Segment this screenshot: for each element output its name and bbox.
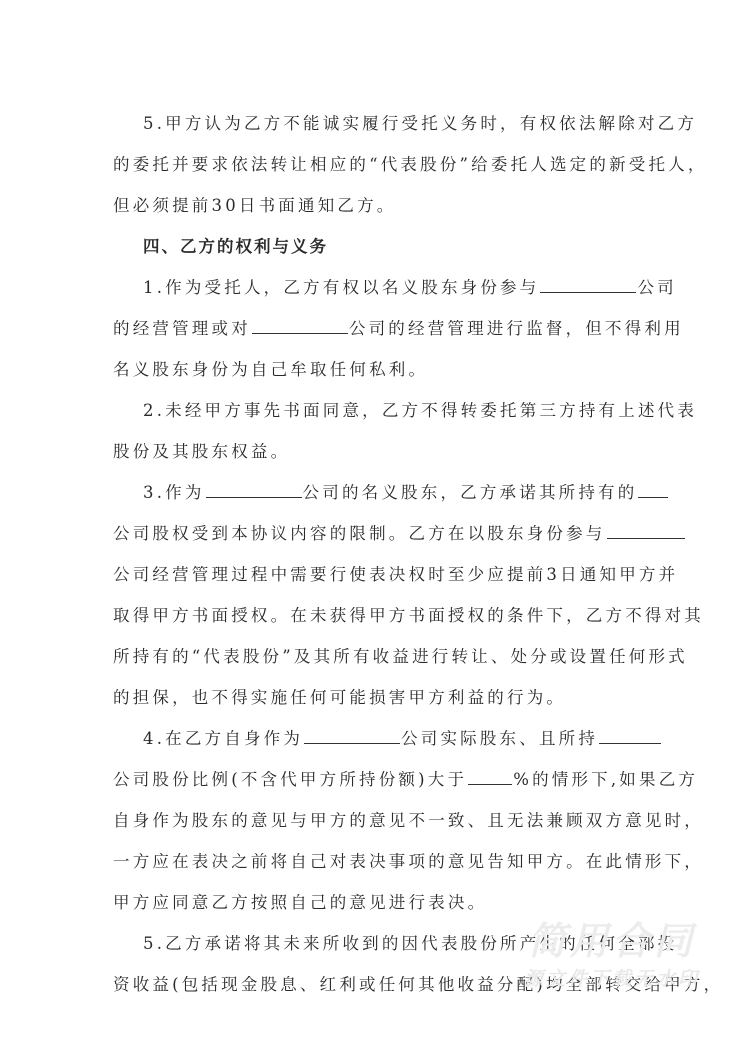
- text-segment: 公司股份比例(不含代甲方所持份额)大于: [113, 770, 467, 789]
- text-segment: 1.作为受托人，乙方有权以名义股东身份参与: [143, 278, 539, 297]
- company-name-blank[interactable]: [607, 524, 685, 539]
- document-page: 5.甲方认为乙方不能诚实履行受托义务时，有权依法解除对乙方 的委托并要求依法转让…: [113, 103, 633, 1005]
- company-name-blank[interactable]: [638, 483, 668, 498]
- text-line: 公司股份比例(不含代甲方所持份额)大于%的情形下,如果乙方: [113, 759, 633, 800]
- text-line: 4.在乙方自身作为公司实际股东、且所持: [113, 718, 633, 759]
- watermark-brand: 简用合同: [512, 918, 712, 964]
- text-segment: 公司实际股东、且所持: [401, 729, 598, 748]
- text-line: 股份及其股东权益。: [113, 431, 633, 472]
- text-line: 3.作为公司的名义股东，乙方承诺其所持有的: [113, 472, 633, 513]
- text-line: 公司股权受到本协议内容的限制。乙方在以股东身份参与: [113, 513, 633, 554]
- text-segment: 公司的名义股东，乙方承诺其所持有的: [303, 483, 638, 502]
- text-line: 1.作为受托人，乙方有权以名义股东身份参与公司: [113, 267, 633, 308]
- clause-party-b-1: 1.作为受托人，乙方有权以名义股东身份参与公司 的经营管理或对公司的经营管理进行…: [113, 267, 633, 390]
- text-line: 自身作为股东的意见与甲方的意见不一致、且无法兼顾双方意见时，: [113, 800, 633, 841]
- text-line: 名义股东身份为自己牟取任何私利。: [113, 349, 633, 390]
- clause-party-b-2: 2.未经甲方事先书面同意，乙方不得转委托第三方持有上述代表 股份及其股东权益。: [113, 390, 633, 472]
- text-segment: 公司的经营管理进行监督，但不得利用: [349, 319, 684, 338]
- text-line: 一方应在表决之前将自己对表决事项的意见告知甲方。在此情形下，: [113, 841, 633, 882]
- text-segment: 4.在乙方自身作为: [143, 729, 303, 748]
- text-line: 2.未经甲方事先书面同意，乙方不得转委托第三方持有上述代表: [113, 390, 633, 431]
- text-line: 但必须提前30日书面通知乙方。: [113, 185, 633, 226]
- text-line: 公司经营管理过程中需要行使表决权时至少应提前3日通知甲方并: [113, 554, 633, 595]
- clause-party-b-4: 4.在乙方自身作为公司实际股东、且所持 公司股份比例(不含代甲方所持份额)大于%…: [113, 718, 633, 923]
- company-name-blank[interactable]: [599, 729, 661, 744]
- text-line: 取得甲方书面授权。在未获得甲方书面授权的条件下，乙方不得对其: [113, 595, 633, 636]
- text-line: 甲方应同意乙方按照自己的意见进行表决。: [113, 882, 633, 923]
- company-name-blank[interactable]: [540, 278, 636, 293]
- text-segment: 公司股权受到本协议内容的限制。乙方在以股东身份参与: [113, 524, 606, 543]
- section-heading: 四、乙方的权利与义务: [113, 226, 633, 267]
- text-line: 5.甲方认为乙方不能诚实履行受托义务时，有权依法解除对乙方: [113, 103, 633, 144]
- company-name-blank[interactable]: [252, 319, 348, 334]
- watermark: 简用合同 源文件下载无水印: [512, 918, 712, 994]
- clause-party-a-5: 5.甲方认为乙方不能诚实履行受托义务时，有权依法解除对乙方 的委托并要求依法转让…: [113, 103, 633, 226]
- text-line: 所持有的“代表股份”及其所有收益进行转让、处分或设置任何形式: [113, 636, 633, 677]
- company-name-blank[interactable]: [206, 483, 302, 498]
- text-segment: 公司: [637, 278, 676, 297]
- text-line: 的委托并要求依法转让相应的“代表股份”给委托人选定的新受托人，: [113, 144, 633, 185]
- text-segment: 3.作为: [143, 483, 205, 502]
- company-name-blank[interactable]: [304, 729, 400, 744]
- text-line: 的担保，也不得实施任何可能损害甲方利益的行为。: [113, 677, 633, 718]
- text-line: 的经营管理或对公司的经营管理进行监督，但不得利用: [113, 308, 633, 349]
- percentage-blank[interactable]: [468, 770, 512, 785]
- text-segment: 的经营管理或对: [113, 319, 251, 338]
- watermark-tagline: 源文件下载无水印: [512, 964, 712, 994]
- text-segment: %的情形下,如果乙方: [513, 770, 698, 789]
- clause-party-b-3: 3.作为公司的名义股东，乙方承诺其所持有的 公司股权受到本协议内容的限制。乙方在…: [113, 472, 633, 718]
